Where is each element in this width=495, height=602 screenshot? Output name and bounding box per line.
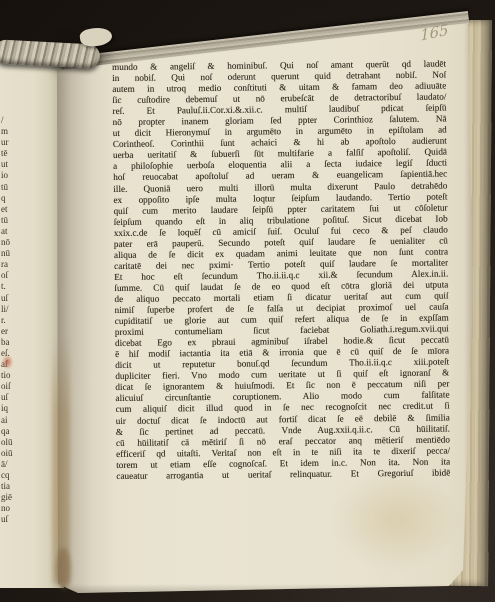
facing-page-text-fragment: no [1, 503, 16, 514]
book-photo-scene: /murtēutiotūqettūatnōnūraoſt.uſli/r.erba… [0, 0, 495, 602]
facing-page-text-fragment: ba [1, 337, 16, 348]
facing-page-text-fragment: oiū [1, 448, 16, 459]
facing-page-text-fragment: uſ [1, 293, 16, 304]
facing-page-text-fragment: / [1, 115, 16, 126]
facing-page-text-fragment: ra [1, 259, 16, 270]
facing-page-text-fragment: ur [1, 137, 16, 148]
facing-page-text-fragment: t. [1, 281, 16, 292]
printed-text-block: mundo & angeliſ & hominibuſ. Qui noſ ama… [112, 59, 450, 482]
gutter-stain-blotch [56, 548, 71, 590]
facing-page-text-fragment: olū [1, 437, 16, 448]
facing-page-text-fragment: tū [1, 182, 16, 193]
facing-page-text-fragment: nō [1, 237, 16, 248]
facing-page-text-fragment: tē [1, 148, 16, 159]
facing-page-text-fragment: tio [1, 370, 16, 381]
facing-page-text-fragment: m [1, 126, 16, 137]
facing-page-text-fragment: ā/ [1, 459, 16, 470]
facing-page-text-fragment: ai [1, 415, 16, 426]
gutter-stain [52, 338, 70, 584]
page-bottom-edge-shade [56, 584, 476, 594]
red-ink-mark [2, 355, 13, 369]
facing-page-text-fragment: er [1, 326, 16, 337]
facing-page-text-fragment: li/ [1, 304, 16, 315]
facing-page-text-fragment: oiſ [1, 381, 16, 392]
facing-page-text-fragment: nū [1, 248, 16, 259]
facing-page-text-fragment: cq [1, 470, 16, 481]
facing-page-text-fragment: et [1, 204, 16, 215]
facing-page-text-fragment: ut [1, 159, 16, 170]
facing-page-text-fragment: q [1, 193, 16, 204]
facing-page-text-fragment: r. [1, 315, 16, 326]
facing-page-text-fragment: uſ [1, 514, 16, 525]
facing-page-text-fragment: giē [1, 492, 16, 503]
facing-page-text-fragment: qa [1, 426, 16, 437]
facing-page-text-fragment: iq [1, 403, 16, 414]
facing-page-text-fragment: oſ [1, 270, 16, 281]
facing-page-text-fragment: at [1, 226, 16, 237]
facing-page-text-fragment: tia [1, 481, 16, 492]
facing-page-text-fragment: uſ [1, 392, 16, 403]
facing-page-text-fragment: tū [1, 215, 16, 226]
facing-page-text-fragment: io [1, 170, 16, 181]
page-bottom-stain [330, 470, 460, 570]
facing-page-fragment-column: /murtēutiotūqettūatnōnūraoſt.uſli/r.erba… [1, 115, 16, 525]
